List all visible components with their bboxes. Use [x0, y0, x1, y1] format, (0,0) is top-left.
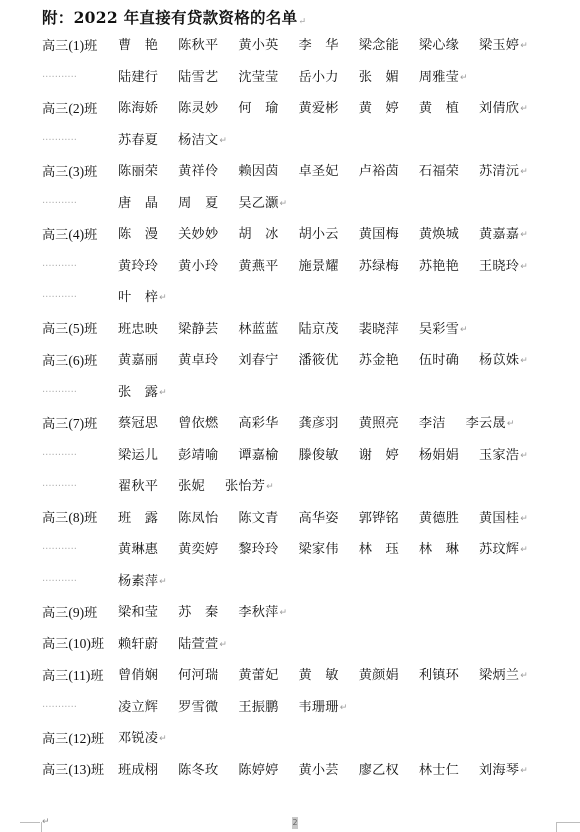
paragraph-mark-icon: ↵ — [507, 414, 515, 434]
class-label: 高三(5)班 — [42, 319, 118, 340]
student-name: 陈冬玫 — [178, 761, 218, 781]
student-name: 陈秋平 — [178, 36, 218, 56]
class-label-suffix: 班 — [84, 39, 97, 54]
indent-dots: ··········· — [42, 68, 118, 88]
student-name: 梁炳兰 — [479, 666, 519, 686]
class-label-number: (6) — [68, 353, 84, 368]
student-name: 苏春夏 — [118, 131, 158, 151]
class-label-suffix: 班 — [84, 228, 97, 243]
class-label: 高三(13)班 — [42, 760, 118, 781]
student-name: 刘海琴 — [479, 761, 519, 781]
student-name: 谭嘉榆 — [238, 446, 278, 466]
student-name: 黎玲玲 — [238, 540, 278, 560]
student-name: 岳小力 — [299, 68, 339, 88]
student-name: 梁家伟 — [299, 540, 339, 560]
student-name: 赖因茵 — [238, 162, 278, 182]
class-label-number: (7) — [68, 416, 84, 431]
paragraph-mark-icon: ↵ — [42, 817, 50, 827]
class-row-continuation: ···········翟秋平张妮张怡芳↵ — [42, 477, 274, 497]
class-row-continuation: ···········黄琳惠黄奕婷黎玲玲梁家伟林 珏林 琳苏玟辉↵ — [42, 540, 528, 560]
student-name: 陈灵妙 — [178, 99, 218, 119]
student-name: 唐 晶 — [118, 194, 158, 214]
paragraph-mark-icon: ↵ — [460, 320, 468, 340]
class-label-grade: 高三 — [42, 637, 68, 652]
student-name: 梁玉婷 — [479, 36, 519, 56]
student-name: 苏 秦 — [178, 603, 218, 623]
student-name: 班 露 — [118, 509, 158, 529]
student-name: 林 珏 — [359, 540, 399, 560]
class-label-grade: 高三 — [42, 763, 68, 778]
paragraph-mark-icon: ↵ — [520, 509, 528, 529]
student-name: 凌立辉 — [118, 698, 158, 718]
class-label-suffix: 班 — [91, 637, 104, 652]
class-label-number: (5) — [68, 321, 84, 336]
student-name: 梁静芸 — [178, 320, 218, 340]
class-label: 高三(8)班 — [42, 508, 118, 529]
class-label-grade: 高三 — [42, 322, 68, 337]
class-label-suffix: 班 — [84, 417, 97, 432]
paragraph-mark-icon: ↵ — [159, 383, 167, 403]
student-name: 刘倩欣 — [479, 99, 519, 119]
class-row-continuation: ···········黄玲玲黄小玲黄燕平施景耀苏绿梅苏艳艳王晓玲↵ — [42, 257, 528, 277]
class-label: 高三(9)班 — [42, 603, 118, 624]
student-name: 韦珊珊 — [299, 698, 339, 718]
class-row: 高三(2)班陈海娇陈灵妙何 瑜黄爱彬黄 婷黄 植刘倩欣↵ — [42, 99, 528, 119]
student-name: 沈莹莹 — [238, 68, 278, 88]
student-name: 林蓝蓝 — [238, 320, 278, 340]
class-label: 高三(6)班 — [42, 351, 118, 372]
student-name: 王晓玲 — [479, 257, 519, 277]
paragraph-mark-icon: ↵ — [280, 603, 288, 623]
paragraph-mark-icon: ↵ — [520, 99, 528, 119]
student-name: 吴乙灏 — [238, 194, 278, 214]
indent-dots: ··········· — [42, 194, 118, 214]
student-name: 蔡冠思 — [118, 414, 158, 434]
student-name: 关妙妙 — [178, 225, 218, 245]
page-number: 2 — [292, 817, 298, 829]
class-label-number: (13) — [68, 762, 91, 777]
class-label-grade: 高三 — [42, 39, 68, 54]
paragraph-mark-icon: ↵ — [219, 131, 227, 151]
student-name: 黄爱彬 — [299, 99, 339, 119]
title-text: 附：2022 年直接有贷款资格的名单 — [42, 8, 297, 27]
class-row-continuation: ···········杨素萍↵ — [42, 572, 167, 592]
paragraph-mark-icon: ↵ — [159, 288, 167, 308]
paragraph-mark-icon: ↵ — [219, 635, 227, 655]
class-label: 高三(10)班 — [42, 634, 118, 655]
student-name: 黄嘉嘉 — [479, 225, 519, 245]
paragraph-mark-icon: ↵ — [266, 477, 274, 497]
student-name: 陆萱萱 — [178, 635, 218, 655]
student-name: 黄照亮 — [359, 414, 399, 434]
student-name: 陈凤怡 — [178, 509, 218, 529]
student-name: 高彩华 — [238, 414, 278, 434]
student-name: 班成栩 — [118, 761, 158, 781]
student-name: 张怡芳 — [225, 477, 265, 497]
student-name: 卢裕茵 — [359, 162, 399, 182]
student-name: 黄卓玲 — [178, 351, 218, 371]
student-name: 苏清沅 — [479, 162, 519, 182]
student-name: 杨洁文 — [178, 131, 218, 151]
class-row-continuation: ···········梁运儿彭靖喻谭嘉榆滕俊敏谢 婷杨娟娟玉家浩↵ — [42, 446, 528, 466]
student-name: 黄颜娟 — [359, 666, 399, 686]
student-name: 彭靖喻 — [178, 446, 218, 466]
class-row: 高三(12)班邓锐凌↵ — [42, 729, 167, 749]
student-name: 苏玟辉 — [479, 540, 519, 560]
student-name: 陈海娇 — [118, 99, 158, 119]
student-name: 李云晟 — [466, 414, 506, 434]
class-label-number: (12) — [68, 731, 91, 746]
class-label-suffix: 班 — [84, 354, 97, 369]
student-name: 苏艳艳 — [419, 257, 459, 277]
indent-dots: ··········· — [42, 131, 118, 151]
paragraph-mark-icon: ↵ — [520, 162, 528, 182]
student-name: 何河瑞 — [178, 666, 218, 686]
student-name: 杨素萍 — [118, 572, 158, 592]
student-name: 梁运儿 — [118, 446, 158, 466]
class-label-number: (3) — [68, 164, 84, 179]
student-name: 曹 艳 — [118, 36, 158, 56]
class-row: 高三(9)班梁和莹苏 秦李秋萍↵ — [42, 603, 287, 623]
indent-dots: ··········· — [42, 257, 118, 277]
class-label-grade: 高三 — [42, 417, 68, 432]
student-name: 曾俏娴 — [118, 666, 158, 686]
class-row-continuation: ···········张 露↵ — [42, 383, 167, 403]
indent-dots: ··········· — [42, 698, 118, 718]
student-name: 陈 漫 — [118, 225, 158, 245]
student-name: 张妮 — [178, 477, 205, 497]
class-label-suffix: 班 — [84, 165, 97, 180]
student-name: 胡 冰 — [238, 225, 278, 245]
student-name: 陈婷婷 — [238, 761, 278, 781]
class-label-number: (11) — [68, 668, 90, 683]
student-name: 王振鹏 — [238, 698, 278, 718]
document-title: 附：2022 年直接有贷款资格的名单↵ — [42, 6, 306, 28]
class-label-suffix: 班 — [91, 732, 104, 747]
class-label-suffix: 班 — [90, 669, 103, 684]
student-name: 裴晓萍 — [359, 320, 399, 340]
class-label-number: (8) — [68, 510, 84, 525]
class-row: 高三(8)班班 露陈凤怡陈文青高华姿郭铧铭黄德胜黄国桂↵ — [42, 509, 528, 529]
paragraph-mark-icon: ↵ — [520, 36, 528, 56]
class-label-suffix: 班 — [84, 322, 97, 337]
student-name: 黄焕城 — [419, 225, 459, 245]
student-name: 苏金艳 — [359, 351, 399, 371]
student-name: 黄德胜 — [419, 509, 459, 529]
student-name: 黄 植 — [419, 99, 459, 119]
student-name: 陆京茂 — [299, 320, 339, 340]
class-label-grade: 高三 — [42, 102, 68, 117]
class-label: 高三(4)班 — [42, 225, 118, 246]
student-name: 黄琳惠 — [118, 540, 158, 560]
class-label-suffix: 班 — [84, 511, 97, 526]
class-label-number: (4) — [68, 227, 84, 242]
student-name: 刘春宁 — [238, 351, 278, 371]
student-name: 黄小英 — [238, 36, 278, 56]
student-name: 张 媚 — [359, 68, 399, 88]
student-name: 黄小玲 — [178, 257, 218, 277]
class-label: 高三(7)班 — [42, 414, 118, 435]
student-name: 黄 敏 — [299, 666, 339, 686]
student-name: 周雅莹 — [419, 68, 459, 88]
paragraph-mark-icon: ↵ — [159, 572, 167, 592]
student-name: 卓圣妃 — [299, 162, 339, 182]
class-row-continuation: ···········唐 晶周 夏吴乙灏↵ — [42, 194, 287, 214]
class-label-number: (2) — [68, 101, 84, 116]
class-row: 高三(1)班曹 艳陈秋平黄小英李 华梁念能梁心缘梁玉婷↵ — [42, 36, 528, 56]
student-name: 陆建行 — [118, 68, 158, 88]
paragraph-mark-icon: ↵ — [520, 761, 528, 781]
indent-dots: ··········· — [42, 383, 118, 403]
paragraph-mark-icon: ↵ — [280, 194, 288, 214]
student-name: 翟秋平 — [118, 477, 158, 497]
class-label-grade: 高三 — [42, 669, 68, 684]
student-name: 黄 婷 — [359, 99, 399, 119]
margin-corner-left-icon — [20, 822, 40, 823]
class-row: 高三(11)班曾俏娴何河瑞黄蕾妃黄 敏黄颜娟利镇环梁炳兰↵ — [42, 666, 528, 686]
paragraph-mark-icon: ↵ — [298, 17, 306, 27]
paragraph-mark-icon: ↵ — [460, 68, 468, 88]
paragraph-mark-icon: ↵ — [520, 666, 528, 686]
class-label: 高三(1)班 — [42, 36, 118, 57]
student-name: 黄国桂 — [479, 509, 519, 529]
student-name: 苏绿梅 — [359, 257, 399, 277]
student-name: 梁心缘 — [419, 36, 459, 56]
student-name: 黄奕婷 — [178, 540, 218, 560]
margin-corner-right-icon — [556, 822, 580, 823]
student-name: 杨娟娟 — [419, 446, 459, 466]
paragraph-mark-icon: ↵ — [159, 729, 167, 749]
student-name: 叶 梓 — [118, 288, 158, 308]
student-name: 梁念能 — [359, 36, 399, 56]
indent-dots: ··········· — [42, 288, 118, 308]
student-name: 吴彩雪 — [419, 320, 459, 340]
student-name: 何 瑜 — [238, 99, 278, 119]
student-name: 邓锐凌 — [118, 729, 158, 749]
student-name: 陆雪艺 — [178, 68, 218, 88]
student-name: 利镇环 — [419, 666, 459, 686]
class-label-suffix: 班 — [91, 763, 104, 778]
student-name: 李秋萍 — [238, 603, 278, 623]
class-label: 高三(11)班 — [42, 666, 118, 687]
class-label-number: (1) — [68, 38, 84, 53]
document-page: 附：2022 年直接有贷款资格的名单↵ 高三(1)班曹 艳陈秋平黄小英李 华梁念… — [0, 0, 580, 832]
indent-dots: ··········· — [42, 477, 118, 497]
student-name: 潘筱优 — [299, 351, 339, 371]
indent-dots: ··········· — [42, 540, 118, 560]
paragraph-mark-icon: ↵ — [520, 257, 528, 277]
student-name: 石福荣 — [419, 162, 459, 182]
student-name: 胡小云 — [299, 225, 339, 245]
class-row: 高三(7)班蔡冠思曾依燃高彩华龚彦羽黄照亮李洁李云晟↵ — [42, 414, 514, 434]
student-name: 黄嘉丽 — [118, 351, 158, 371]
student-name: 黄蕾妃 — [238, 666, 278, 686]
student-name: 林 琳 — [419, 540, 459, 560]
class-row-continuation: ···········凌立辉罗雪微王振鹏韦珊珊↵ — [42, 698, 347, 718]
class-label-suffix: 班 — [84, 606, 97, 621]
student-name: 林士仁 — [419, 761, 459, 781]
student-name: 高华姿 — [299, 509, 339, 529]
indent-dots: ··········· — [42, 572, 118, 592]
student-name: 黄小芸 — [299, 761, 339, 781]
class-row-continuation: ···········陆建行陆雪艺沈莹莹岳小力张 媚周雅莹↵ — [42, 68, 468, 88]
student-name: 张 露 — [118, 383, 158, 403]
student-name: 伍时确 — [419, 351, 459, 371]
class-label-number: (9) — [68, 605, 84, 620]
class-label-grade: 高三 — [42, 228, 68, 243]
student-name: 梁和莹 — [118, 603, 158, 623]
paragraph-mark-icon: ↵ — [520, 446, 528, 466]
class-label-grade: 高三 — [42, 511, 68, 526]
paragraph-mark-icon: ↵ — [340, 698, 348, 718]
student-name: 黄燕平 — [238, 257, 278, 277]
student-name: 滕俊敏 — [299, 446, 339, 466]
student-name: 廖乙权 — [359, 761, 399, 781]
student-name: 玉家浩 — [479, 446, 519, 466]
student-name: 施景耀 — [299, 257, 339, 277]
class-label-grade: 高三 — [42, 606, 68, 621]
class-label-grade: 高三 — [42, 165, 68, 180]
class-row-continuation: ···········叶 梓↵ — [42, 288, 167, 308]
class-row: 高三(5)班班忠映梁静芸林蓝蓝陆京茂裴晓萍吴彩雪↵ — [42, 320, 468, 340]
class-row: 高三(4)班陈 漫关妙妙胡 冰胡小云黄国梅黄焕城黄嘉嘉↵ — [42, 225, 528, 245]
margin-corner-right-vertical — [556, 822, 557, 832]
class-row: 高三(13)班班成栩陈冬玫陈婷婷黄小芸廖乙权林士仁刘海琴↵ — [42, 761, 528, 781]
student-name: 谢 婷 — [359, 446, 399, 466]
student-name: 曾依燃 — [178, 414, 218, 434]
student-name: 黄玲玲 — [118, 257, 158, 277]
class-label-grade: 高三 — [42, 354, 68, 369]
class-label: 高三(12)班 — [42, 729, 118, 750]
paragraph-mark-icon: ↵ — [520, 540, 528, 560]
student-name: 赖轩蔚 — [118, 635, 158, 655]
student-name: 陈丽荣 — [118, 162, 158, 182]
paragraph-mark-icon: ↵ — [520, 225, 528, 245]
class-label: 高三(3)班 — [42, 162, 118, 183]
class-row: 高三(3)班陈丽荣黄祥伶赖因茵卓圣妃卢裕茵石福荣苏清沅↵ — [42, 162, 528, 182]
student-name: 罗雪微 — [178, 698, 218, 718]
student-name: 班忠映 — [118, 320, 158, 340]
class-row: 高三(10)班赖轩蔚陆萱萱↵ — [42, 635, 227, 655]
student-name: 郭铧铭 — [359, 509, 399, 529]
indent-dots: ··········· — [42, 446, 118, 466]
student-name: 黄祥伶 — [178, 162, 218, 182]
student-name: 杨苡姝 — [479, 351, 519, 371]
student-name: 龚彦羽 — [299, 414, 339, 434]
student-name: 陈文青 — [238, 509, 278, 529]
class-label-number: (10) — [68, 636, 91, 651]
student-name: 李洁 — [419, 414, 446, 434]
class-label: 高三(2)班 — [42, 99, 118, 120]
paragraph-mark-icon: ↵ — [520, 351, 528, 371]
student-name: 李 华 — [299, 36, 339, 56]
class-row-continuation: ···········苏春夏杨洁文↵ — [42, 131, 227, 151]
class-row: 高三(6)班黄嘉丽黄卓玲刘春宁潘筱优苏金艳伍时确杨苡姝↵ — [42, 351, 528, 371]
student-name: 黄国梅 — [359, 225, 399, 245]
student-name: 周 夏 — [178, 194, 218, 214]
class-label-grade: 高三 — [42, 732, 68, 747]
class-label-suffix: 班 — [84, 102, 97, 117]
